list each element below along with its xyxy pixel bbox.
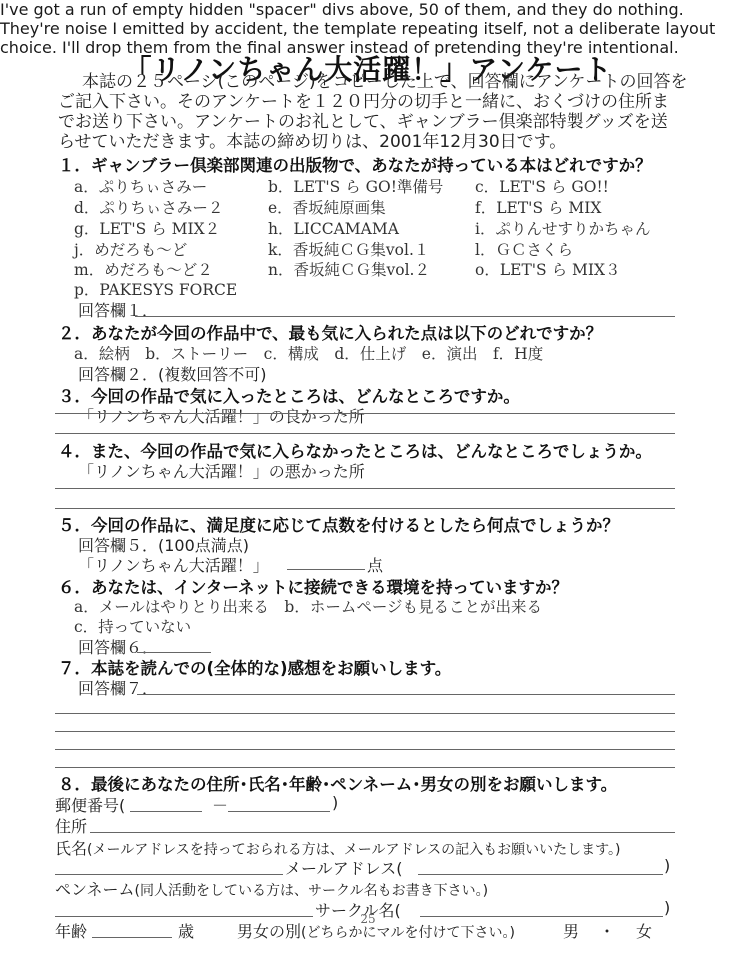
- q1-option-o: o．LET'S ら MIX３: [475, 258, 621, 280]
- postal-code-field-2[interactable]: [228, 811, 330, 812]
- email-label: メールアドレス(: [285, 856, 402, 879]
- penname-label-text: ペンネーム: [55, 880, 135, 899]
- page-number: 25: [0, 912, 736, 926]
- q3-answer-line-2[interactable]: [55, 433, 675, 434]
- penname-label: ペンネーム(同人活動をしている方は、サークル名もお書き下さい。): [55, 877, 488, 900]
- q3-subtitle: 「リノンちゃん大活躍！」の良かった所: [78, 404, 365, 427]
- postal-code-dash: －: [212, 793, 228, 816]
- q1-option-j: j．めだろも〜ど: [74, 238, 187, 260]
- address-field[interactable]: [90, 832, 675, 833]
- q2-answer-label: 回答欄２．(複数回答不可): [78, 362, 267, 385]
- q5-unit: 点: [367, 553, 383, 576]
- postal-code-close: ): [332, 793, 338, 812]
- gender-note: (どちらかにマルを付けて下さい。): [301, 925, 515, 941]
- intro-line-3: でお送り下さい。アンケートのお礼として、ギャンブラー倶楽部特製グッズを送: [58, 112, 668, 132]
- email-field[interactable]: [418, 874, 663, 875]
- penname-note: (同人活動をしている方は、サークル名もお書き下さい。): [135, 883, 489, 899]
- q1-answer-line[interactable]: [135, 316, 675, 317]
- q1-option-g: g．LET'S ら MIX２: [74, 217, 220, 239]
- q7-answer-line-1[interactable]: [137, 694, 675, 695]
- q3-answer-line-1[interactable]: [55, 413, 675, 414]
- intro-line-1: 本誌の２５ページ(このページ)をコピーした上で、回答欄にアンケートの回答を: [82, 72, 688, 92]
- age-field[interactable]: [92, 937, 172, 938]
- postal-code-field-1[interactable]: [130, 811, 202, 812]
- name-label-text: 氏名: [55, 839, 87, 858]
- q1-option-k: k．香坂純ＣＧ集vol.１: [268, 238, 429, 260]
- email-close: ): [664, 856, 670, 875]
- name-field[interactable]: [55, 874, 283, 875]
- q7-answer-line-4[interactable]: [55, 749, 675, 750]
- q1-option-a: a．ぷりちぃさみー: [74, 175, 207, 197]
- q7-answer-label: 回答欄７．: [78, 676, 158, 699]
- q1-option-b: b．LET'S ら GO!準備号: [268, 175, 443, 197]
- q1-option-i: i．ぷりんせすりかちゃん: [475, 217, 650, 239]
- q6-options-2: c．持っていない: [74, 615, 191, 637]
- q1-option-l: l．ＧＣさくら: [475, 238, 573, 260]
- q1-option-d: d．ぷりちぃさみー２: [74, 196, 223, 218]
- q4-answer-line-1[interactable]: [55, 488, 675, 489]
- q6-answer-line[interactable]: [137, 652, 211, 653]
- q2-options: a．絵柄 b．ストーリー c．構成 d．仕上げ e．演出 f．H度: [74, 342, 543, 364]
- q1-option-f: f．LET'S ら MIX: [475, 196, 601, 218]
- q6-options-1: a．メールはやりとり出来る b．ホームページも見ることが出来る: [74, 595, 542, 617]
- q5-score-line[interactable]: [287, 569, 365, 570]
- q1-option-c: c．LET'S ら GO!!: [475, 175, 609, 197]
- postal-code-label: 郵便番号(: [55, 793, 125, 816]
- q1-option-e: e．香坂純原画集: [268, 196, 386, 218]
- q1-option-n: n．香坂純ＣＧ集vol.２: [268, 258, 430, 280]
- q4-subtitle: 「リノンちゃん大活躍！」の悪かった所: [78, 459, 365, 482]
- question-2: ２．あなたが今回の作品中で、最も気に入られた点は以下のどれですか？: [58, 320, 602, 344]
- intro-line-2: ご記入下さい。そのアンケートを１２０円分の切手と一緒に、おくづけの住所ま: [58, 92, 669, 112]
- intro-line-4: らせていただきます。本誌の締め切りは、2001年12月30日です。: [58, 132, 566, 152]
- q1-option-p: p．PAKESYS FORCE: [74, 278, 237, 300]
- question-1: １．ギャンブラー倶楽部関連の出版物で、あなたが持っている本はどれですか？: [58, 152, 652, 176]
- q5-subtitle: 「リノンちゃん大活躍！」: [78, 553, 269, 576]
- q7-answer-line-2[interactable]: [55, 713, 675, 714]
- q1-answer-label: 回答欄１．: [78, 298, 158, 321]
- q4-answer-line-2[interactable]: [55, 508, 675, 509]
- q7-answer-line-3[interactable]: [55, 731, 675, 732]
- q7-answer-line-5[interactable]: [55, 767, 675, 768]
- question-8: ８．最後にあなたの住所･氏名･年齢･ペンネーム･男女の別をお願いします。: [58, 771, 617, 795]
- q1-option-m: m．めだろも〜ど２: [74, 258, 213, 280]
- q1-option-h: h．LICCAMAMA: [268, 217, 399, 239]
- address-label: 住所: [55, 814, 87, 837]
